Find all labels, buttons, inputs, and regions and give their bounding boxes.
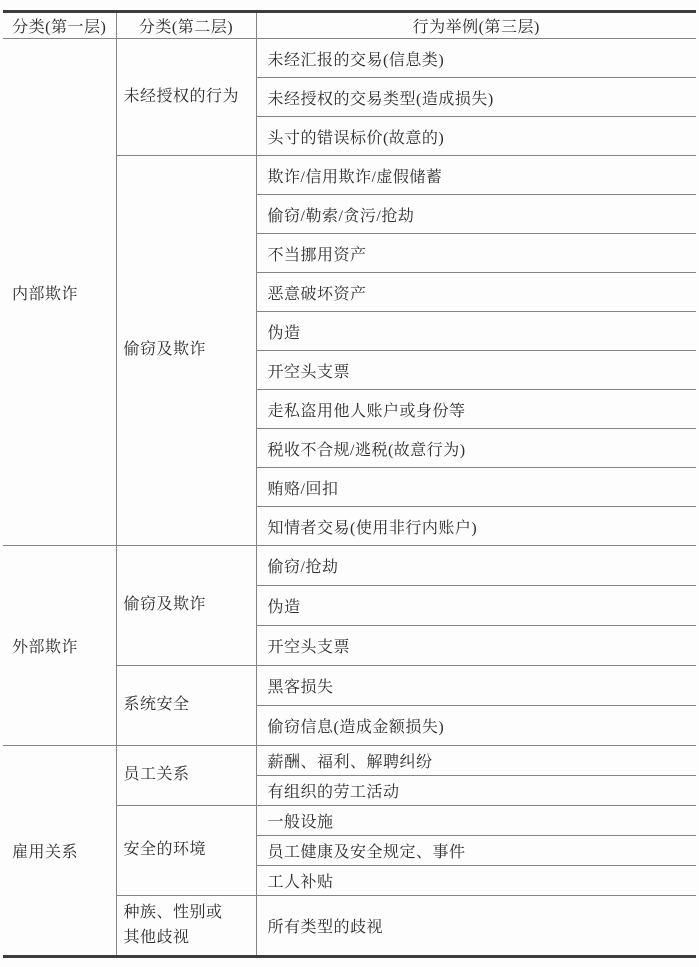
- level2-cell: 未经授权的行为: [116, 39, 256, 156]
- example-cell: 知情者交易(使用非行内账户): [256, 507, 696, 546]
- level2-cell: 偷窃及欺诈: [116, 546, 256, 666]
- risk-classification-table: 分类(第一层) 分类(第二层) 行为举例(第三层) 内部欺诈未经授权的行为未经汇…: [3, 10, 696, 958]
- example-cell: 薪酬、福利、解聘纠纷: [256, 746, 696, 776]
- example-cell: 所有类型的歧视: [256, 896, 696, 957]
- header-cell-level2: 分类(第二层): [116, 12, 256, 39]
- example-cell: 偷窃信息(造成金额损失): [256, 706, 696, 746]
- example-cell: 欺诈/信用欺诈/虚假储蓄: [256, 156, 696, 195]
- example-cell: 走私盗用他人账户或身份等: [256, 390, 696, 429]
- example-cell: 未经汇报的交易(信息类): [256, 39, 696, 78]
- level2-cell: 系统安全: [116, 666, 256, 746]
- example-cell: 头寸的错误标价(故意的): [256, 117, 696, 156]
- table-section: 雇用关系员工关系薪酬、福利、解聘纠纷有组织的劳工活动安全的环境一般设施员工健康及…: [3, 746, 696, 957]
- table-section: 内部欺诈未经授权的行为未经汇报的交易(信息类)未经授权的交易类型(造成损失)头寸…: [3, 39, 696, 546]
- level2-cell: 安全的环境: [116, 806, 256, 896]
- example-cell: 不当挪用资产: [256, 234, 696, 273]
- example-cell: 贿赂/回扣: [256, 468, 696, 507]
- table-row: 内部欺诈未经授权的行为未经汇报的交易(信息类): [3, 39, 696, 78]
- example-cell: 员工健康及安全规定、事件: [256, 836, 696, 866]
- example-cell: 偷窃/抢劫: [256, 546, 696, 586]
- level1-cell: 内部欺诈: [3, 39, 116, 546]
- document-page: 分类(第一层) 分类(第二层) 行为举例(第三层) 内部欺诈未经授权的行为未经汇…: [0, 0, 699, 958]
- example-cell: 一般设施: [256, 806, 696, 836]
- example-cell: 恶意破坏资产: [256, 273, 696, 312]
- level2-cell: 种族、性别或 其他歧视: [116, 896, 256, 957]
- example-cell: 偷窃/勒索/贪污/抢劫: [256, 195, 696, 234]
- header-row: 分类(第一层) 分类(第二层) 行为举例(第三层): [3, 12, 696, 39]
- header-cell-level1: 分类(第一层): [3, 12, 116, 39]
- example-cell: 工人补贴: [256, 866, 696, 896]
- level1-cell: 外部欺诈: [3, 546, 116, 746]
- example-cell: 开空头支票: [256, 351, 696, 390]
- level2-cell: 偷窃及欺诈: [116, 156, 256, 546]
- example-cell: 黑客损失: [256, 666, 696, 706]
- header-cell-level3: 行为举例(第三层): [256, 12, 696, 39]
- level1-cell: 雇用关系: [3, 746, 116, 957]
- table-row: 外部欺诈偷窃及欺诈偷窃/抢劫: [3, 546, 696, 586]
- table-header: 分类(第一层) 分类(第二层) 行为举例(第三层): [3, 12, 696, 39]
- example-cell: 开空头支票: [256, 626, 696, 666]
- table-section: 外部欺诈偷窃及欺诈偷窃/抢劫伪造开空头支票系统安全黑客损失偷窃信息(造成金额损失…: [3, 546, 696, 746]
- example-cell: 税收不合规/逃税(故意行为): [256, 429, 696, 468]
- example-cell: 有组织的劳工活动: [256, 776, 696, 806]
- example-cell: 伪造: [256, 312, 696, 351]
- example-cell: 伪造: [256, 586, 696, 626]
- level2-cell: 员工关系: [116, 746, 256, 806]
- table-row: 雇用关系员工关系薪酬、福利、解聘纠纷: [3, 746, 696, 776]
- example-cell: 未经授权的交易类型(造成损失): [256, 78, 696, 117]
